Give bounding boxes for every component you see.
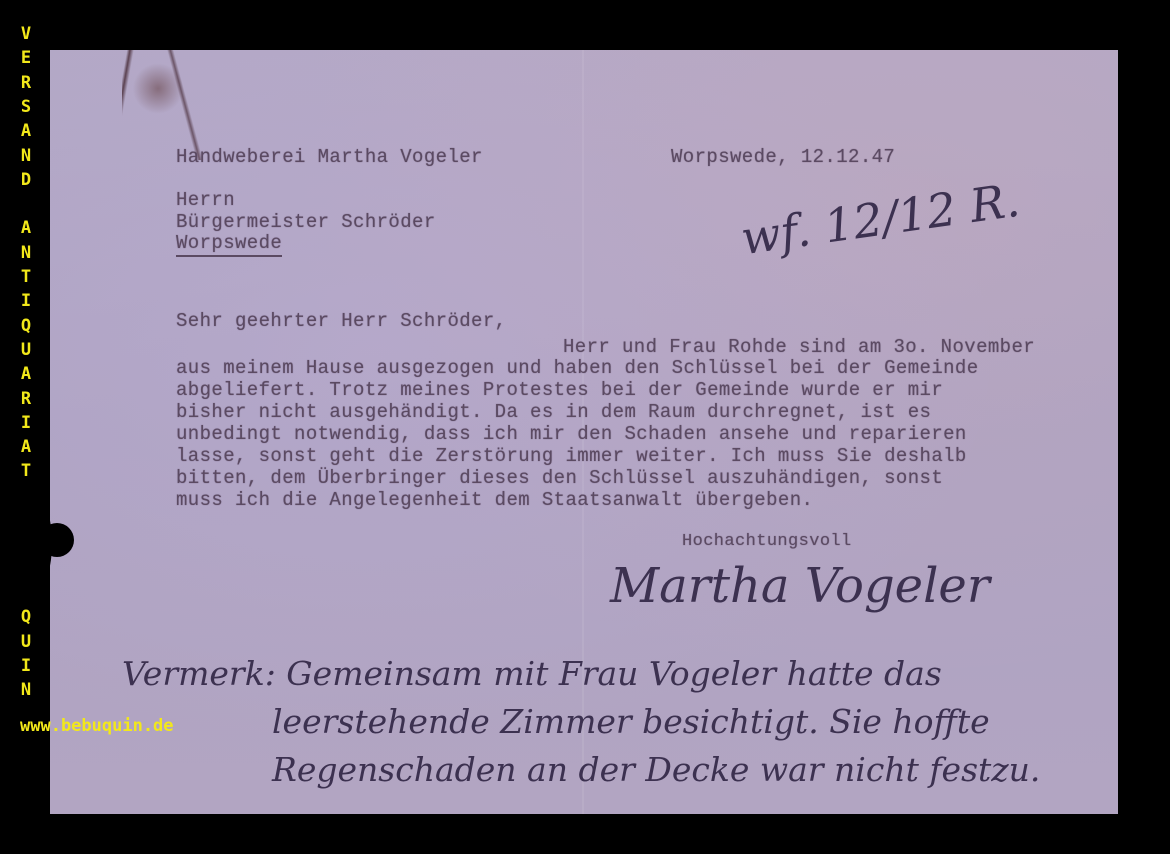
body-line: aus meinem Hause ausgezogen und haben de… xyxy=(176,357,979,379)
recipient-line-1: Herrn xyxy=(176,189,235,211)
body-line: bitten, dem Überbringer dieses den Schlü… xyxy=(176,467,943,489)
watermark-letter: U xyxy=(16,630,36,654)
body-line: abgeliefert. Trotz meines Protestes bei … xyxy=(176,379,943,401)
letter-page: Handweberei Martha Vogeler Worpswede, 12… xyxy=(50,50,1118,814)
body-line: lasse, sonst geht die Zerstörung immer w… xyxy=(176,445,967,467)
watermark-letter: E xyxy=(16,46,36,70)
handwritten-note-line: Vermerk: Gemeinsam mit Frau Vogeler hatt… xyxy=(122,654,942,693)
watermark-letter: R xyxy=(16,387,36,411)
recipient-line-2: Bürgermeister Schröder xyxy=(176,211,436,233)
handwritten-receipt-mark: wf. 12/12 R. xyxy=(738,173,1023,266)
watermark-letter: N xyxy=(16,144,36,168)
handwritten-note-line: Regenschaden an der Decke war nicht fest… xyxy=(272,750,1040,789)
signature: Martha Vogeler xyxy=(610,558,990,614)
watermark-letter: Q xyxy=(16,605,36,629)
watermark-letter: Q xyxy=(16,314,36,338)
body-line: Herr und Frau Rohde sind am 3o. November xyxy=(563,336,1035,358)
watermark-url: www.bebuquin.de xyxy=(20,716,174,736)
closing: Hochachtungsvoll xyxy=(682,532,852,551)
watermark-letter: A xyxy=(16,119,36,143)
watermark-letter: S xyxy=(16,95,36,119)
watermark-letter: T xyxy=(16,459,36,483)
watermark-letter: N xyxy=(16,241,36,265)
salutation: Sehr geehrter Herr Schröder, xyxy=(176,310,506,332)
place-date: Worpswede, 12.12.47 xyxy=(671,146,895,168)
punch-hole-shadow-knob xyxy=(40,523,74,557)
watermark-letter: D xyxy=(16,168,36,192)
watermark-letter: N xyxy=(16,678,36,702)
watermark-letter: T xyxy=(16,265,36,289)
watermark-letter: R xyxy=(16,71,36,95)
watermark-letter: A xyxy=(16,435,36,459)
sender-line: Handweberei Martha Vogeler xyxy=(176,146,483,168)
ink-stain xyxy=(122,50,202,160)
handwritten-note-line: leerstehende Zimmer besichtigt. Sie hoff… xyxy=(272,702,990,741)
recipient-line-3: Worpswede xyxy=(176,232,282,257)
watermark-letter: I xyxy=(16,411,36,435)
watermark-letter: I xyxy=(16,289,36,313)
body-line: unbedingt notwendig, dass ich mir den Sc… xyxy=(176,423,967,445)
watermark-letter: A xyxy=(16,216,36,240)
watermark-letter: I xyxy=(16,654,36,678)
body-line: muss ich die Angelegenheit dem Staatsanw… xyxy=(176,489,813,511)
watermark-letter: U xyxy=(16,338,36,362)
watermark-letter: V xyxy=(16,22,36,46)
watermark-letter: A xyxy=(16,362,36,386)
body-line: bisher nicht ausgehändigt. Da es in dem … xyxy=(176,401,931,423)
